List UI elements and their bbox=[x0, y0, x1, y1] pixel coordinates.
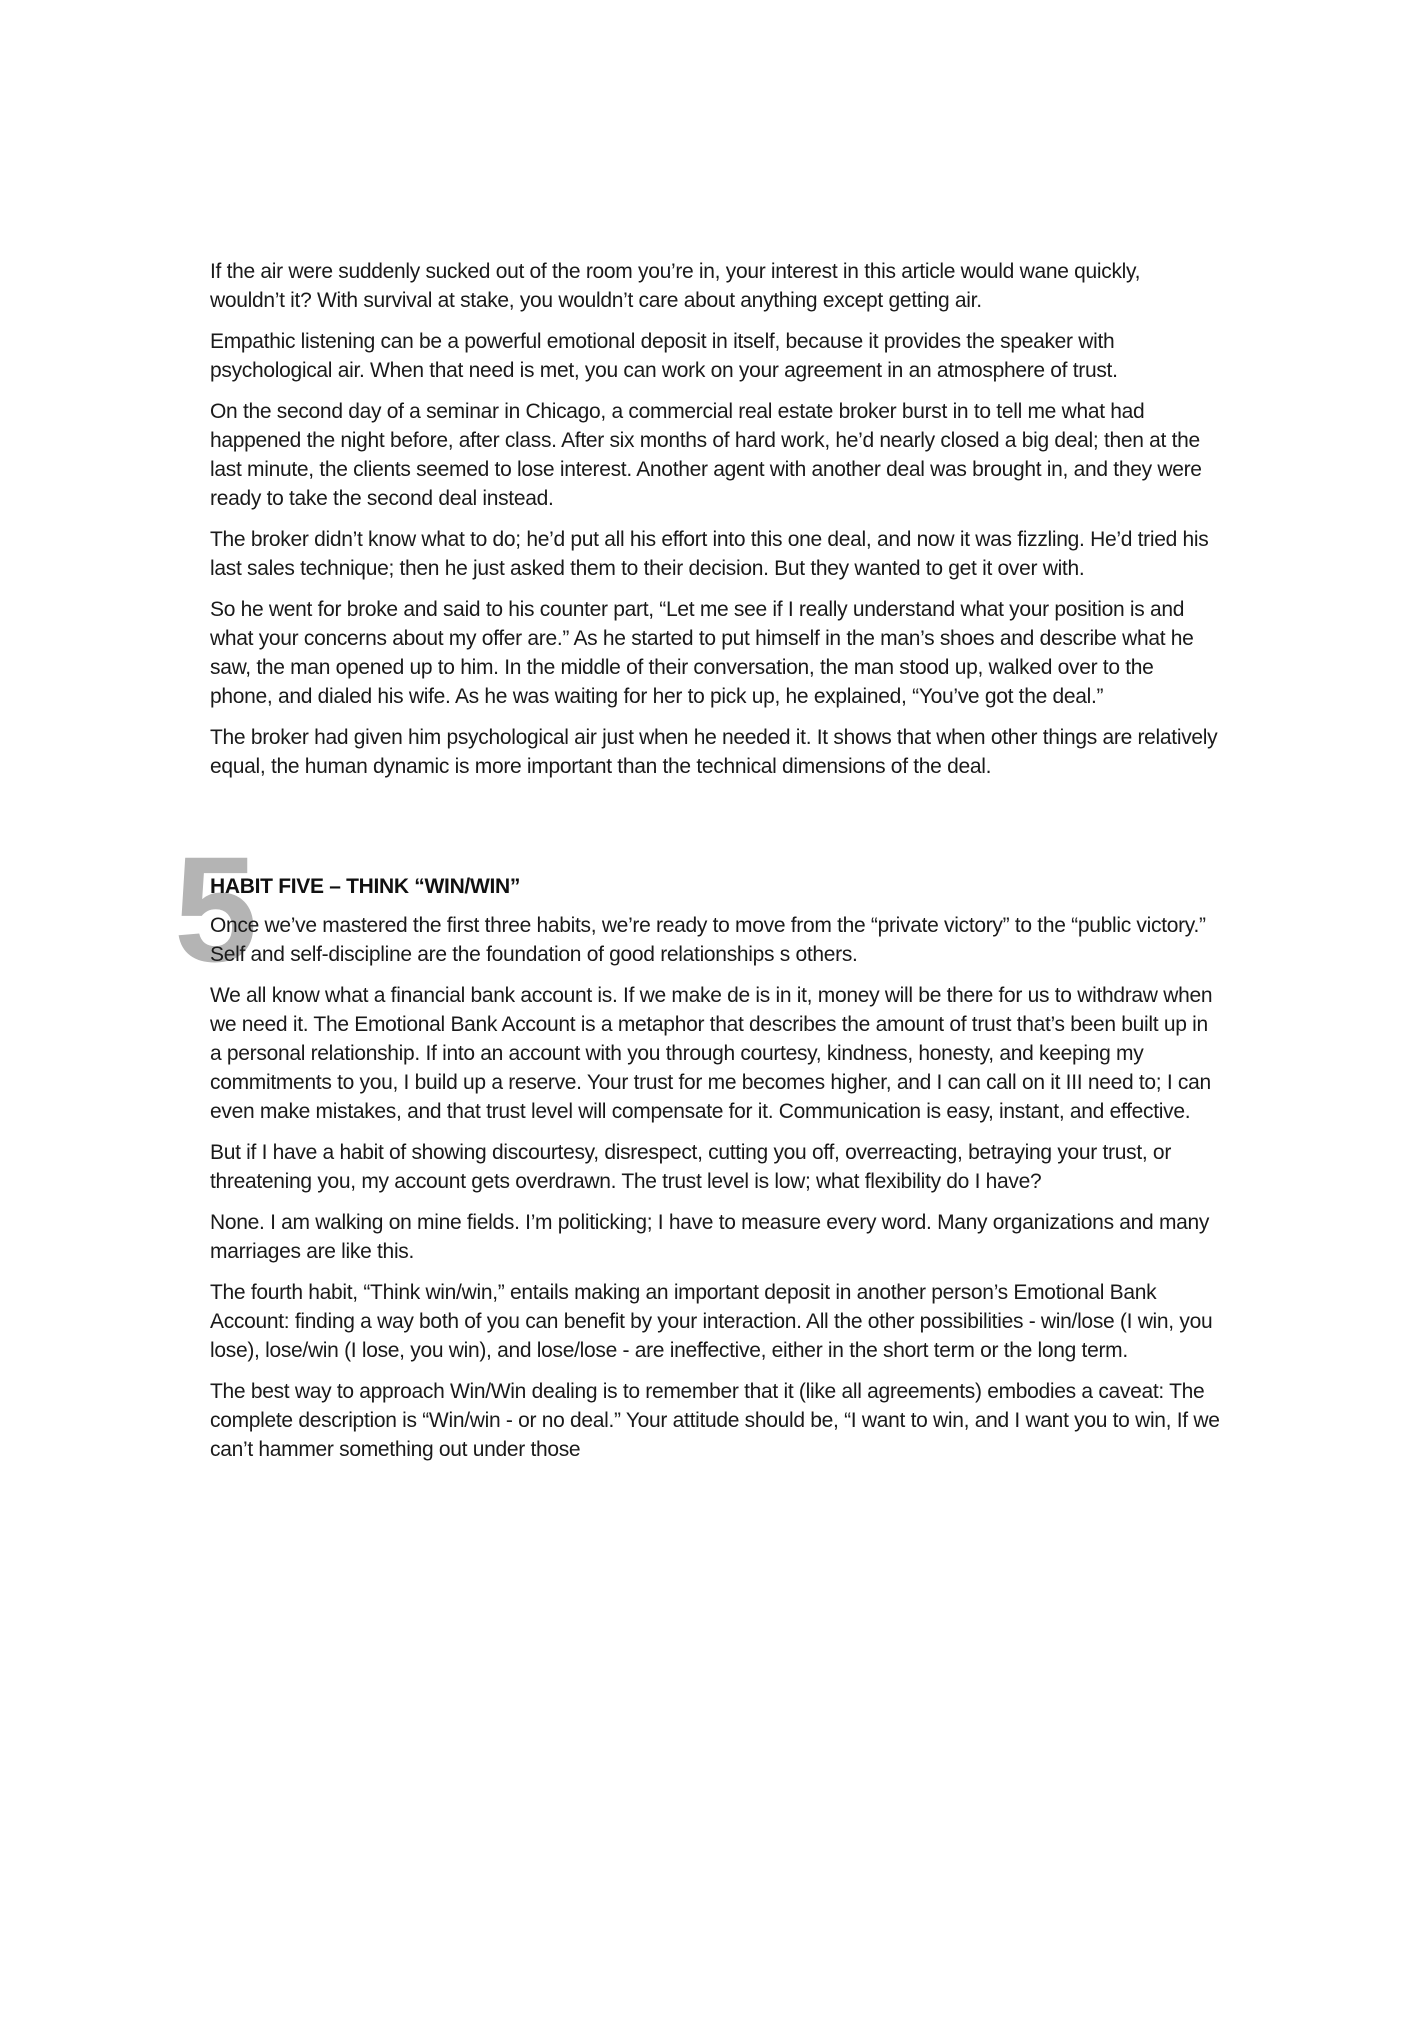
document-page: If the air were suddenly sucked out of t… bbox=[210, 257, 1220, 1476]
body-paragraph: If the air were suddenly sucked out of t… bbox=[210, 257, 1220, 315]
body-paragraph: The best way to approach Win/Win dealing… bbox=[210, 1377, 1220, 1464]
body-paragraph: Empathic listening can be a powerful emo… bbox=[210, 327, 1220, 385]
body-paragraph: But if I have a habit of showing discour… bbox=[210, 1138, 1220, 1196]
body-paragraph: The broker didn’t know what to do; he’d … bbox=[210, 525, 1220, 583]
body-paragraph: On the second day of a seminar in Chicag… bbox=[210, 397, 1220, 513]
body-paragraph: Once we’ve mastered the first three habi… bbox=[210, 911, 1220, 969]
body-paragraph: None. I am walking on mine fields. I’m p… bbox=[210, 1208, 1220, 1266]
body-paragraph: We all know what a financial bank accoun… bbox=[210, 981, 1220, 1126]
section-heading: HABIT FIVE – THINK “WIN/WIN” bbox=[210, 872, 1220, 901]
body-paragraph: The broker had given him psychological a… bbox=[210, 723, 1220, 781]
habit-five-section: 5 HABIT FIVE – THINK “WIN/WIN” Once we’v… bbox=[210, 872, 1220, 1464]
body-paragraph: So he went for broke and said to his cou… bbox=[210, 595, 1220, 711]
body-paragraph: The fourth habit, “Think win/win,” entai… bbox=[210, 1278, 1220, 1365]
